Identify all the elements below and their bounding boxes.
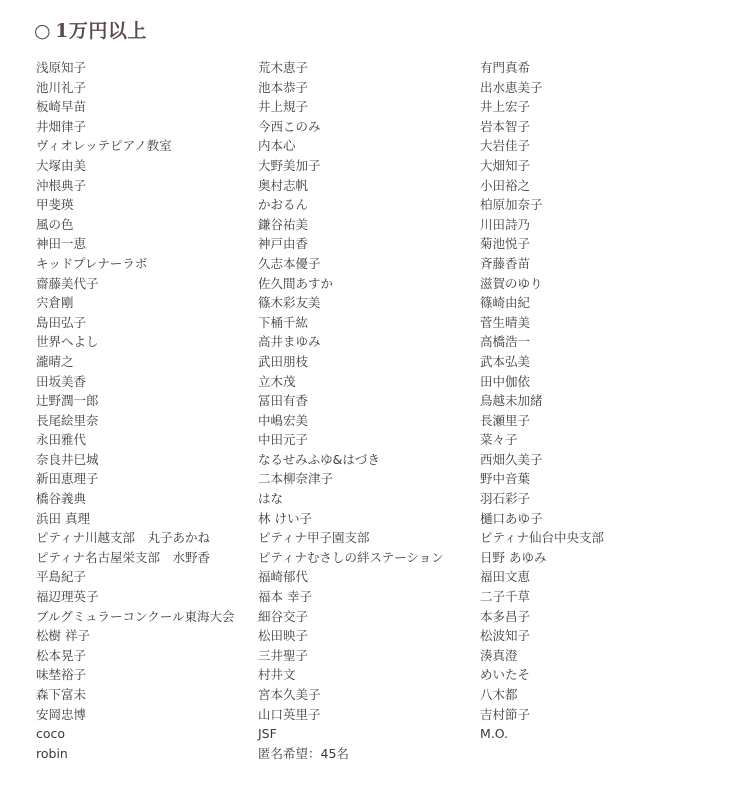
donor-name: 武本弘美: [480, 352, 604, 372]
donor-name: 下桶千紘: [258, 313, 444, 333]
donor-name: 甲斐瑛: [36, 195, 235, 215]
donor-name: 斉藤香苗: [480, 254, 604, 274]
donor-name: 湊真澄: [480, 646, 604, 666]
donor-name: 篠崎由紀: [480, 293, 604, 313]
donor-name: 久志本優子: [258, 254, 444, 274]
donor-name: 井畑律子: [36, 117, 235, 137]
donor-name: キッドプレナーラボ: [36, 254, 235, 274]
donor-name: 風の色: [36, 215, 235, 235]
donor-name: 中嶋宏美: [258, 411, 444, 431]
donor-name: 羽石彩子: [480, 489, 604, 509]
donor-name: 齋藤美代子: [36, 274, 235, 294]
donor-name: 八木都: [480, 685, 604, 705]
donor-name: 川田詩乃: [480, 215, 604, 235]
donor-name: 今西このみ: [258, 117, 444, 137]
donor-name: 野中音葉: [480, 469, 604, 489]
donor-name: 大塚由美: [36, 156, 235, 176]
donor-name: 二本柳奈津子: [258, 469, 444, 489]
donor-name: 山口英里子: [258, 705, 444, 725]
donor-name: 中田元子: [258, 430, 444, 450]
donor-name: M.O.: [480, 724, 604, 744]
donor-name: robin: [36, 744, 235, 764]
donor-column-1: 浅原知子池川礼子板崎早苗井畑律子ヴィオレッテピアノ教室大塚由美沖根典子甲斐瑛風の…: [36, 58, 235, 763]
donor-name: ブルグミュラーコンクール東海大会: [36, 607, 235, 627]
donor-name: 田中伽依: [480, 372, 604, 392]
donor-name: 味埜裕子: [36, 665, 235, 685]
donor-name: 奥村志帆: [258, 176, 444, 196]
donor-name: 世界へよし: [36, 332, 235, 352]
donor-name: はな: [258, 489, 444, 509]
donor-name: 辻野潤一郎: [36, 391, 235, 411]
donor-name: 福崎郁代: [258, 567, 444, 587]
donor-name: 松波知子: [480, 626, 604, 646]
donor-name: 高井まゆみ: [258, 332, 444, 352]
donor-name: 有門真希: [480, 58, 604, 78]
donor-name: 田坂美香: [36, 372, 235, 392]
donor-name: 高橋浩一: [480, 332, 604, 352]
donor-name: 佐久間あすか: [258, 274, 444, 294]
donor-column-2: 荒木恵子池本恭子井上規子今西このみ内本心大野美加子奥村志帆かおるん鎌谷祐美神戸由…: [258, 58, 444, 763]
donor-name: 菊池悦子: [480, 234, 604, 254]
donor-name: 菜々子: [480, 430, 604, 450]
circle-mark-icon: ○: [34, 20, 51, 42]
donor-name: 村井文: [258, 665, 444, 685]
donor-name: 細谷交子: [258, 607, 444, 627]
donor-name: 大岩佳子: [480, 136, 604, 156]
donor-name: 本多昌子: [480, 607, 604, 627]
donor-name: 長尾絵里奈: [36, 411, 235, 431]
donor-name: 永田雅代: [36, 430, 235, 450]
donor-name: 内本心: [258, 136, 444, 156]
donor-name: 立木茂: [258, 372, 444, 392]
donor-name: ピティナ甲子園支部: [258, 528, 444, 548]
donor-name: JSF: [258, 724, 444, 744]
donor-name: ピティナ仙台中央支部: [480, 528, 604, 548]
section-heading: ○1万円以上: [34, 17, 147, 45]
donor-name: 平島紀子: [36, 567, 235, 587]
donor-name: 匿名希望：45名: [258, 744, 444, 764]
donor-name: 長瀬里子: [480, 411, 604, 431]
donor-name: 岩本智子: [480, 117, 604, 137]
donor-name: 松本晃子: [36, 646, 235, 666]
donor-name: 沖根典子: [36, 176, 235, 196]
donor-name: 吉村節子: [480, 705, 604, 725]
donor-name: ピティナむさしの絆ステーション: [258, 548, 444, 568]
donor-name: 浜田 真理: [36, 509, 235, 529]
donor-name: 松樹 祥子: [36, 626, 235, 646]
donor-name: 三井聖子: [258, 646, 444, 666]
donor-name: 池本恭子: [258, 78, 444, 98]
donor-name: 冨田有香: [258, 391, 444, 411]
donor-name: 井上規子: [258, 97, 444, 117]
donor-name: 神田一恵: [36, 234, 235, 254]
donor-name: 小田裕之: [480, 176, 604, 196]
donor-name: 松田映子: [258, 626, 444, 646]
donor-name: 森下富未: [36, 685, 235, 705]
donor-name: 福辺理英子: [36, 587, 235, 607]
donor-name: 浅原知子: [36, 58, 235, 78]
donor-name: 柏原加奈子: [480, 195, 604, 215]
donor-name: 菅生晴美: [480, 313, 604, 333]
donor-name: 篠木彩友美: [258, 293, 444, 313]
donor-name: 大野美加子: [258, 156, 444, 176]
donor-name: 瀧晴之: [36, 352, 235, 372]
donor-name: ピティナ名古屋栄支部 水野香: [36, 548, 235, 568]
donor-name: 鳥越未加緒: [480, 391, 604, 411]
donor-name: 大畑知子: [480, 156, 604, 176]
donor-name: 池川礼子: [36, 78, 235, 98]
donor-name: 滋賀のゆり: [480, 274, 604, 294]
donor-name: 神戸由香: [258, 234, 444, 254]
donor-name: 井上宏子: [480, 97, 604, 117]
donor-name: 宍倉剛: [36, 293, 235, 313]
section-title: 1万円以上: [55, 20, 147, 42]
donor-name: 福田文恵: [480, 567, 604, 587]
donor-name: めいたそ: [480, 665, 604, 685]
donor-name: 島田弘子: [36, 313, 235, 333]
donor-name: 武田朋枝: [258, 352, 444, 372]
donor-name: 二子千草: [480, 587, 604, 607]
donor-name: ヴィオレッテピアノ教室: [36, 136, 235, 156]
donor-name: なるせみふゆ&はづき: [258, 450, 444, 470]
donor-name: 福本 幸子: [258, 587, 444, 607]
donor-name: 出水恵美子: [480, 78, 604, 98]
donor-column-3: 有門真希出水恵美子井上宏子岩本智子大岩佳子大畑知子小田裕之柏原加奈子川田詩乃菊池…: [480, 58, 604, 744]
donor-name: 奈良井巳城: [36, 450, 235, 470]
donor-name: かおるん: [258, 195, 444, 215]
donor-name: 宮本久美子: [258, 685, 444, 705]
donor-name: 板崎早苗: [36, 97, 235, 117]
donor-name: 新田恵理子: [36, 469, 235, 489]
donor-name: 鎌谷祐美: [258, 215, 444, 235]
donor-name: 西畑久美子: [480, 450, 604, 470]
donor-name: 樋口あゆ子: [480, 509, 604, 529]
donor-name: coco: [36, 724, 235, 744]
donor-name: 日野 あゆみ: [480, 548, 604, 568]
donor-name: 安岡忠博: [36, 705, 235, 725]
donor-name: 荒木恵子: [258, 58, 444, 78]
donor-name: 林 けい子: [258, 509, 444, 529]
donor-name: ピティナ川越支部 丸子あかね: [36, 528, 235, 548]
donor-name: 橋谷義典: [36, 489, 235, 509]
